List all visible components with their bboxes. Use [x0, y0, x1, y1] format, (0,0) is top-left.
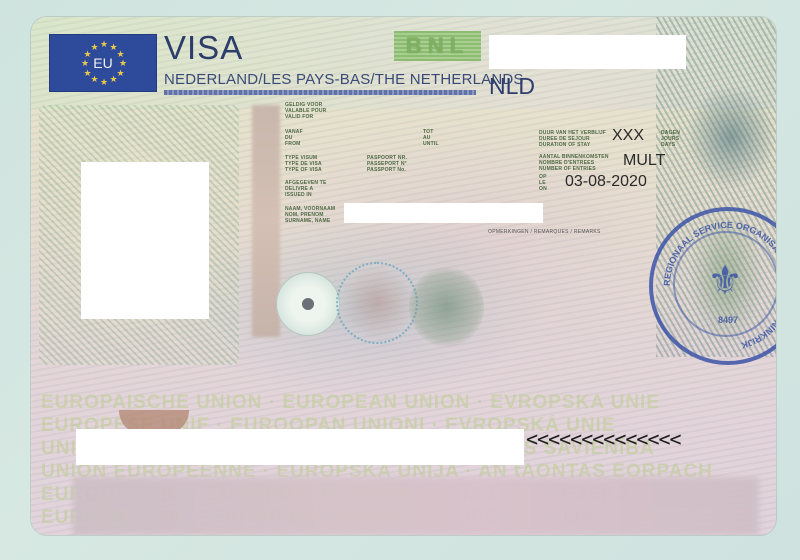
- eu-star-icon: ★: [116, 69, 124, 78]
- label-duration: DUUR VAN HET VERBLIJF DUREE DE SEJOUR DU…: [539, 130, 606, 148]
- label-issued-in: AFGEGEVEN TE DELIVRE A ISSUED IN: [285, 180, 327, 198]
- label-passport-number: PASPOORT NR. PASSEPORT N° PASSPORT No.: [367, 155, 407, 173]
- label-date: OP LE ON: [539, 174, 547, 192]
- microprint-band: [164, 90, 476, 95]
- redacted-photo: [81, 162, 209, 319]
- label-from: VANAF DU FROM: [285, 129, 303, 147]
- eu-star-icon: ★: [91, 43, 99, 52]
- duration-value: XXX: [612, 127, 644, 145]
- country-code: NLD: [489, 73, 535, 100]
- eu-star-icon: ★: [81, 59, 89, 68]
- issue-date-value: 03-08-2020: [565, 173, 647, 191]
- visa-title: VISA: [164, 29, 243, 67]
- visa-sticker: EUROPAISCHE UNION · EUROPEAN UNION · EVR…: [31, 17, 776, 535]
- official-stamp: ⚜ 8497 REGIONAAL SERVICE ORGANISATIE VAN…: [649, 207, 776, 365]
- label-remarks: OPMERKINGEN / REMARQUES / REMARKS: [488, 229, 601, 235]
- eu-star-icon: ★: [100, 40, 108, 49]
- mrz-filler: <<<<<<<<<<<<<<: [526, 427, 681, 451]
- redacted-name: [344, 203, 543, 223]
- bnl-mark: BNL: [394, 31, 481, 61]
- label-days: DAGEN JOURS DAYS: [661, 130, 680, 148]
- redacted-visa-number: [489, 35, 686, 69]
- label-visa-type: TYPE VISUM TYPE DE VISA TYPE OF VISA: [285, 155, 322, 173]
- eu-star-icon: ★: [91, 75, 99, 84]
- label-name: NAAM, VOORNAAM NOM, PRENOM SURNAME, NAME: [285, 206, 335, 224]
- issuing-country: NEDERLAND/LES PAYS-BAS/THE NETHERLANDS: [164, 71, 524, 88]
- eu-star-icon: ★: [100, 78, 108, 87]
- eu-flag-label: EU: [50, 55, 156, 71]
- hologram-green-mark-icon: [409, 267, 484, 347]
- hologram-seal-icon: [276, 272, 340, 336]
- eu-star-icon: ★: [110, 75, 118, 84]
- eu-star-icon: ★: [119, 59, 127, 68]
- hologram-rosette-icon: [336, 262, 418, 344]
- eu-flag-icon: EU ★★★★★★★★★★★★: [49, 34, 157, 92]
- svg-text:REGIONAAL SERVICE ORGANISATIE: REGIONAAL SERVICE ORGANISATIE VAN HET KO…: [662, 220, 776, 351]
- redacted-mrz-line-2: [73, 477, 759, 535]
- label-valid-for: GELDIG VOOR VALABLE POUR VALID FOR: [285, 102, 326, 120]
- redacted-mrz-line-1: [76, 429, 524, 465]
- stamp-ring-text: REGIONAAL SERVICE ORGANISATIE VAN HET KO…: [653, 211, 776, 361]
- label-entries: AANTAL BINNENKOMSTEN NOMBRE D'ENTREES NU…: [539, 154, 609, 172]
- entries-value: MULT: [623, 152, 665, 170]
- label-until: TOT AU UNTIL: [423, 129, 439, 147]
- eu-star-icon: ★: [84, 69, 92, 78]
